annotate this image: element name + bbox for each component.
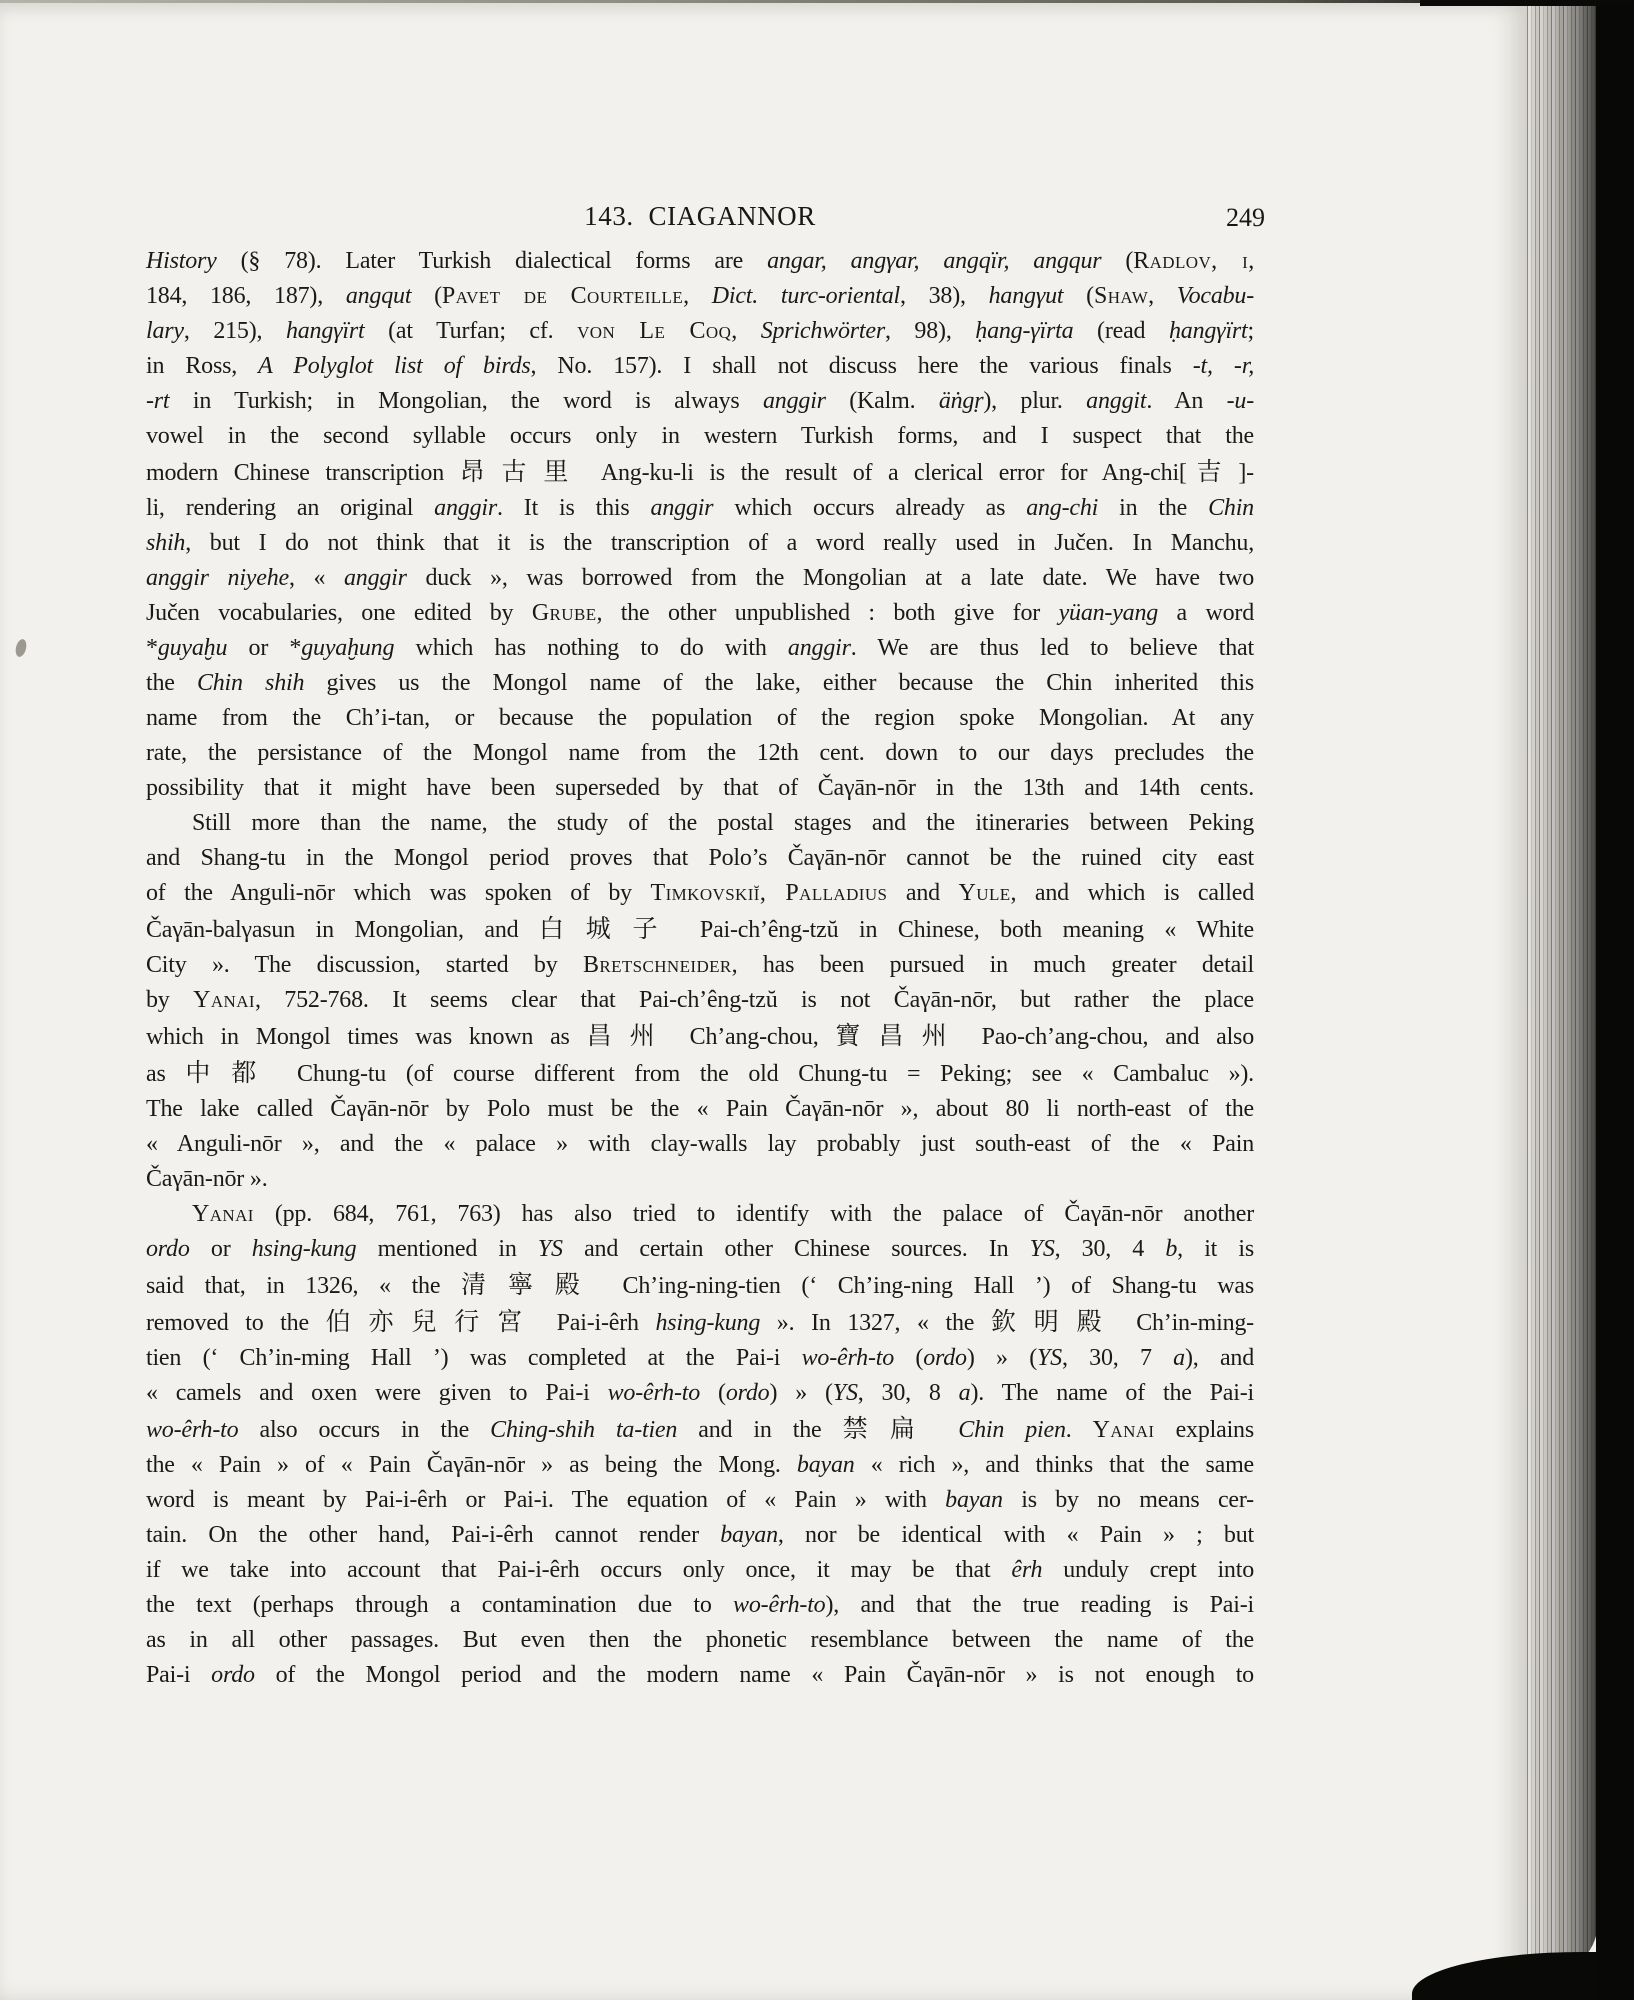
text-line: removed to the 伯亦兒行宮 Pai-i-êrh hsing-kun…	[146, 1304, 1254, 1341]
text-line: modern Chinese transcription 昂古里 Ang-ku-…	[146, 454, 1254, 491]
text-line: name from the Ch’i-tan, or because the p…	[146, 701, 1254, 736]
text-line: if we take into account that Pai-i-êrh o…	[146, 1553, 1254, 1588]
text-line: Pai-i ordo of the Mongol period and the …	[146, 1658, 1254, 1693]
text-line: Yanai (pp. 684, 761, 763) has also tried…	[146, 1197, 1254, 1232]
text-line: The lake called Čaγān-nōr by Polo must b…	[146, 1092, 1254, 1127]
text-line: possibility that it might have been supe…	[146, 771, 1254, 806]
page-edge-stack	[1516, 2, 1598, 1982]
page-number: 249	[1145, 200, 1265, 235]
text-line: Still more than the name, the study of t…	[146, 806, 1254, 841]
text-block: History (§ 78). Later Turkish dialectica…	[146, 244, 1254, 1693]
text-line: wo-êrh-to also occurs in the Ching-shih …	[146, 1411, 1254, 1448]
text-line: which in Mongol times was known as 昌州 Ch…	[146, 1018, 1254, 1055]
text-line: Čaγān-nōr ».	[146, 1162, 1254, 1197]
text-line: li, rendering an original anggir. It is …	[146, 491, 1254, 526]
text-line: the « Pain » of « Pain Čaγān-nōr » as be…	[146, 1448, 1254, 1483]
text-line: said that, in 1326, « the 清寧殿 Ch’ing-nin…	[146, 1267, 1254, 1304]
section-heading: 143. CIAGANNOR	[146, 199, 1254, 234]
text-line: « Anguli-nōr », and the « palace » with …	[146, 1127, 1254, 1162]
text-line: *guyaḫu or *guyaḫung which has nothing t…	[146, 631, 1254, 666]
text-line: Jučen vocabularies, one edited by Grube,…	[146, 596, 1254, 631]
text-line: 184, 186, 187), angqut (Pavet de Courtei…	[146, 279, 1254, 314]
scan-black-edge	[1596, 0, 1634, 2000]
paragraph: Yanai (pp. 684, 761, 763) has also tried…	[146, 1197, 1254, 1693]
text-line: and Shang-tu in the Mongol period proves…	[146, 841, 1254, 876]
text-line: the text (perhaps through a contaminatio…	[146, 1588, 1254, 1623]
text-line: City ». The discussion, started by Brets…	[146, 948, 1254, 983]
text-line: lary, 215), hangγïrt (at Turfan; cf. von…	[146, 314, 1254, 349]
scan-top-right-edge	[1420, 0, 1600, 6]
text-line: of the Anguli-nōr which was spoken of by…	[146, 876, 1254, 911]
scanned-book-page: 143. CIAGANNOR 249 History (§ 78). Later…	[0, 0, 1634, 2000]
text-line: as 中都 Chung-tu (of course different from…	[146, 1055, 1254, 1092]
text-line: Čaγān-balγasun in Mongolian, and 白城子 Pai…	[146, 911, 1254, 948]
text-line: by Yanai, 752-768. It seems clear that P…	[146, 983, 1254, 1018]
text-line: rate, the persistance of the Mongol name…	[146, 736, 1254, 771]
text-line: anggir niyehe, « anggir duck », was borr…	[146, 561, 1254, 596]
text-line: word is meant by Pai-i-êrh or Pai-i. The…	[146, 1483, 1254, 1518]
text-line: as in all other passages. But even then …	[146, 1623, 1254, 1658]
paragraph: History (§ 78). Later Turkish dialectica…	[146, 244, 1254, 806]
text-line: tain. On the other hand, Pai-i-êrh canno…	[146, 1518, 1254, 1553]
page-sheet: 143. CIAGANNOR 249 History (§ 78). Later…	[0, 3, 1524, 2000]
scan-top-edge	[0, 0, 1634, 3]
text-line: « camels and oxen were given to Pai-i wo…	[146, 1376, 1254, 1411]
text-line: ordo or hsing-kung mentioned in YS and c…	[146, 1232, 1254, 1267]
text-line: in Ross, A Polyglot list of birds, No. 1…	[146, 349, 1254, 384]
text-line: shih, but I do not think that it is the …	[146, 526, 1254, 561]
text-line: the Chin shih gives us the Mongol name o…	[146, 666, 1254, 701]
text-line: vowel in the second syllable occurs only…	[146, 419, 1254, 454]
ink-speck	[14, 638, 28, 658]
text-line: tien (‘ Ch’in-ming Hall ’) was completed…	[146, 1341, 1254, 1376]
text-line: -rt in Turkish; in Mongolian, the word i…	[146, 384, 1254, 419]
paragraph: Still more than the name, the study of t…	[146, 806, 1254, 1197]
text-line: History (§ 78). Later Turkish dialectica…	[146, 244, 1254, 279]
